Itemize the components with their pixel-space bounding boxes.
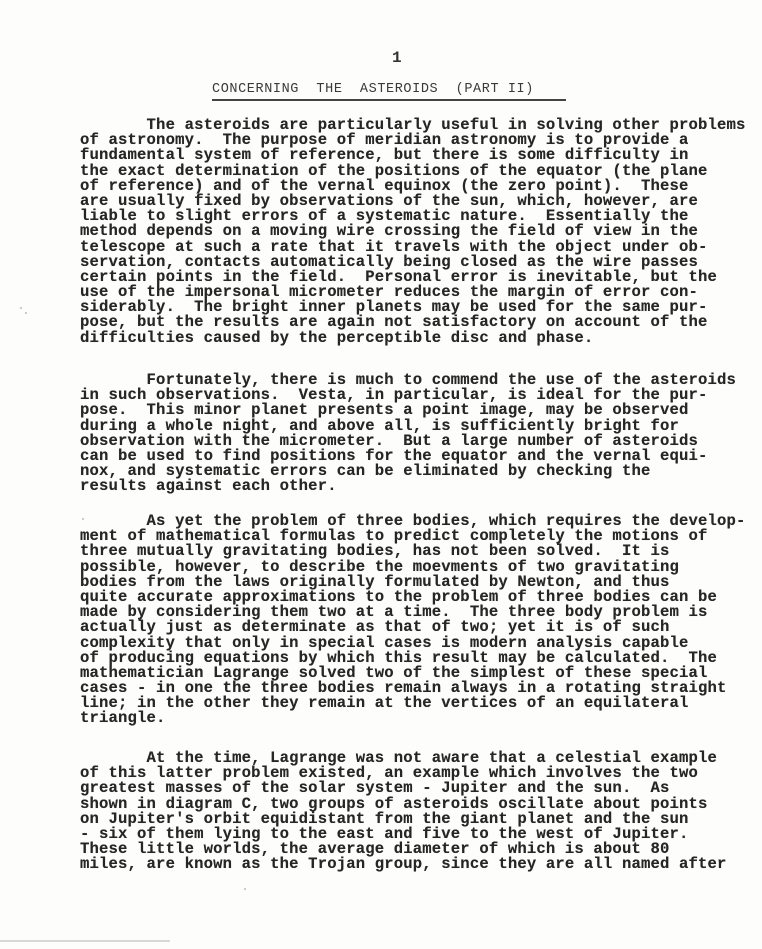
paragraph-1: The asteroids are particularly useful in… (80, 118, 760, 346)
text-line: miles, are known as the Trojan group, si… (80, 857, 760, 872)
scan-edge (0, 940, 170, 942)
text-line: line; in the other they remain at the ve… (80, 696, 760, 711)
paragraph-3: As yet the problem of three bodies, whic… (80, 514, 760, 727)
paragraph-4: At the time, Lagrange was not aware that… (80, 751, 760, 873)
paragraph-2: Fortunately, there is much to commend th… (80, 373, 760, 495)
scan-speck (25, 312, 27, 314)
scan-speck (82, 518, 84, 520)
document-title: CONCERNING THE ASTEROIDS (PART II) (212, 82, 566, 101)
text-line: triangle. (80, 711, 760, 726)
scan-speck (20, 307, 22, 309)
text-line: results against each other. (80, 479, 760, 494)
scan-speck (244, 888, 246, 890)
page-number: 1 (392, 49, 402, 67)
document-page: 1 CONCERNING THE ASTEROIDS (PART II) The… (0, 0, 762, 949)
text-line: difficulties caused by the perceptible d… (80, 331, 760, 346)
